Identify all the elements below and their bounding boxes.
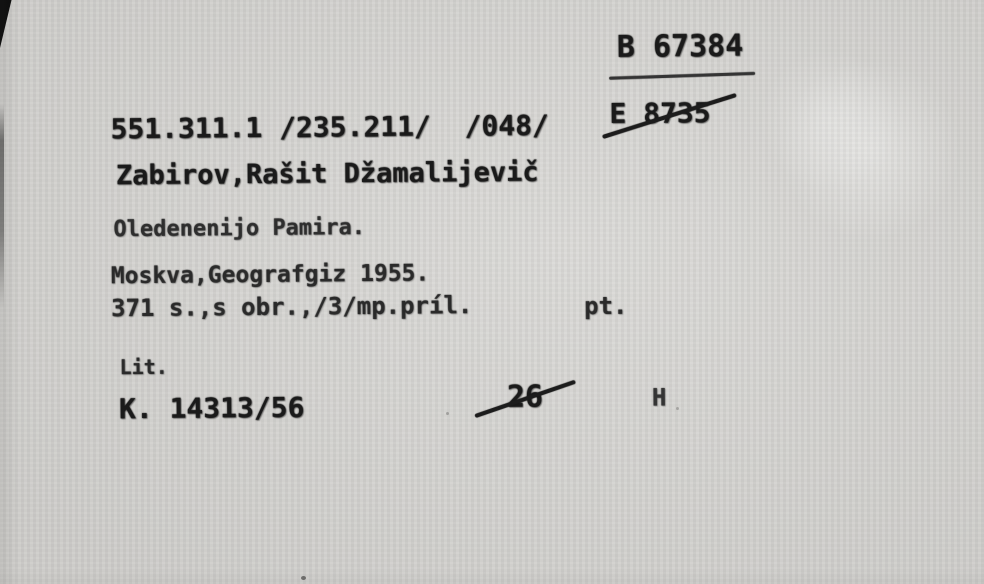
bibliography-note: Lit. [120,357,168,377]
typed-content: B 67384 E 8735 551.311.1 /235.211/ /048/… [0,0,984,584]
shelfmark-current: B 67384 [617,32,744,63]
format-note: pt. [584,294,628,318]
record-number: K. 14313/56 [119,394,305,424]
title-line: Oledenenijo Pamira. [113,217,365,241]
shelfmark-cancelled: E 8735 [609,99,710,128]
imprint-line: Moskva,Geografgiz 1955. [111,263,430,289]
collation-line: 371 s.,s obr.,/3/mp.príl. [111,293,472,320]
annotation-letter: H [652,385,667,409]
author-line: Zabirov,Rašit Džamalijevič [116,159,539,190]
catalog-card-scan: B 67384 E 8735 551.311.1 /235.211/ /048/… [0,0,984,584]
shelfmark-underline [609,72,755,80]
udc-classification: 551.311.1 /235.211/ /048/ [110,111,549,143]
